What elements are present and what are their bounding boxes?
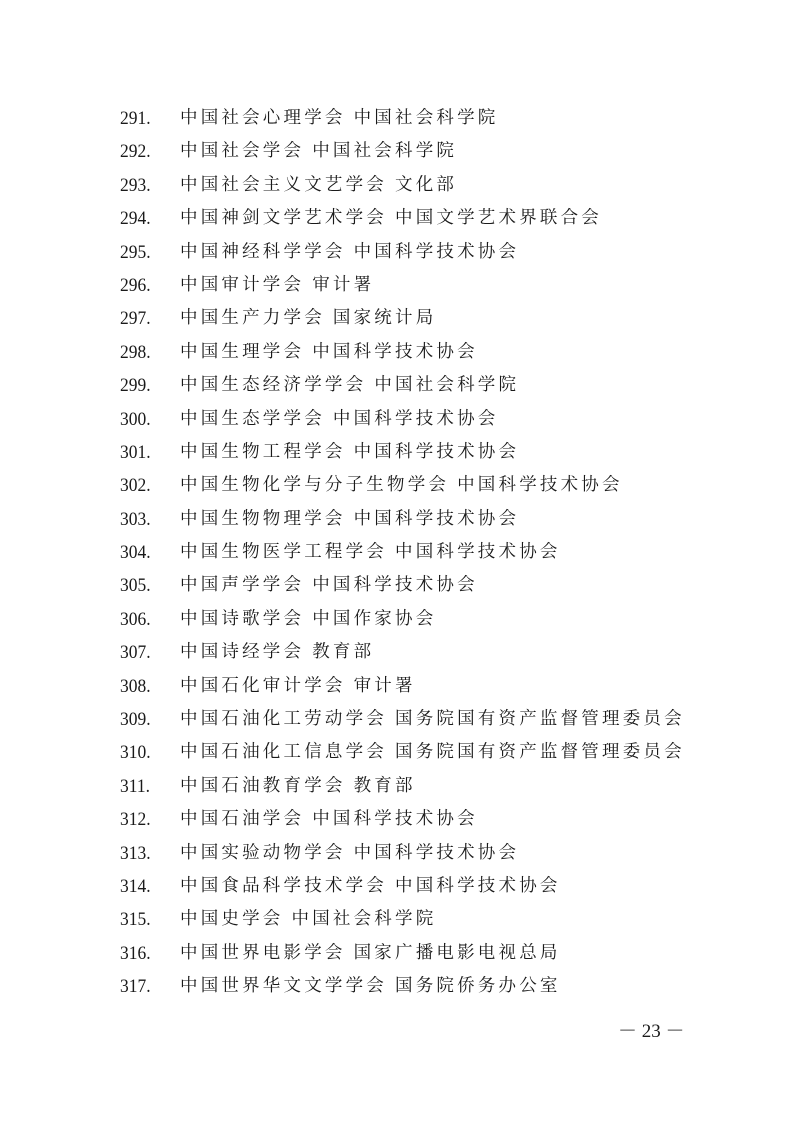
list-item: 302. 中国生物化学与分子生物学会 中国科学技术协会	[120, 469, 685, 502]
entry-number: 316.	[120, 937, 175, 970]
supervising-body: 教育部	[312, 636, 374, 669]
entry-number: 308.	[120, 670, 175, 703]
list-item: 294. 中国神剑文学艺术学会 中国文学艺术界联合会	[120, 202, 685, 235]
organization-name: 中国石油化工劳动学会	[180, 703, 387, 736]
list-item: 306. 中国诗歌学会 中国作家协会	[120, 603, 685, 636]
list-item: 312. 中国石油学会 中国科学技术协会	[120, 803, 685, 836]
supervising-body: 国家统计局	[333, 302, 437, 335]
organization-name: 中国社会主义文艺学会	[180, 169, 387, 202]
list-item: 314. 中国食品科学技术学会 中国科学技术协会	[120, 870, 685, 903]
supervising-body: 中国社会科学院	[354, 102, 499, 135]
organization-name: 中国生物物理学会	[180, 503, 346, 536]
supervising-body: 文化部	[395, 169, 457, 202]
list-item: 299. 中国生态经济学学会 中国社会科学院	[120, 369, 685, 402]
entry-number: 299.	[120, 369, 175, 402]
supervising-body: 中国科学技术协会	[354, 236, 520, 269]
entry-number: 298.	[120, 336, 175, 369]
entry-number: 317.	[120, 970, 175, 1003]
supervising-body: 中国科学技术协会	[395, 536, 561, 569]
page-number: － 23 －	[618, 1016, 685, 1043]
organization-name: 中国生产力学会	[180, 302, 325, 335]
list-item: 296. 中国审计学会 审计署	[120, 269, 685, 302]
entry-number: 297.	[120, 302, 175, 335]
supervising-body: 中国科学技术协会	[333, 403, 499, 436]
list-item: 297. 中国生产力学会 国家统计局	[120, 302, 685, 335]
supervising-body: 中国科学技术协会	[354, 436, 520, 469]
list-item: 301. 中国生物工程学会 中国科学技术协会	[120, 436, 685, 469]
entry-number: 295.	[120, 236, 175, 269]
organization-list: 291. 中国社会心理学会 中国社会科学院 292. 中国社会学会 中国社会科学…	[120, 102, 685, 1004]
entry-number: 306.	[120, 603, 175, 636]
organization-name: 中国石油化工信息学会	[180, 736, 387, 769]
document-page: 291. 中国社会心理学会 中国社会科学院 292. 中国社会学会 中国社会科学…	[0, 0, 793, 1122]
list-item: 291. 中国社会心理学会 中国社会科学院	[120, 102, 685, 135]
organization-name: 中国诗歌学会	[180, 603, 304, 636]
supervising-body: 审计署	[312, 269, 374, 302]
supervising-body: 中国科学技术协会	[354, 503, 520, 536]
list-item: 295. 中国神经科学学会 中国科学技术协会	[120, 236, 685, 269]
organization-name: 中国审计学会	[180, 269, 304, 302]
list-item: 300. 中国生态学学会 中国科学技术协会	[120, 403, 685, 436]
organization-name: 中国声学学会	[180, 569, 304, 602]
entry-number: 310.	[120, 736, 175, 769]
organization-name: 中国世界电影学会	[180, 937, 346, 970]
entry-number: 296.	[120, 269, 175, 302]
entry-number: 309.	[120, 703, 175, 736]
entry-number: 301.	[120, 436, 175, 469]
organization-name: 中国生态经济学学会	[180, 369, 366, 402]
entry-number: 307.	[120, 636, 175, 669]
supervising-body: 教育部	[354, 770, 416, 803]
organization-name: 中国生物医学工程学会	[180, 536, 387, 569]
list-item: 307. 中国诗经学会 教育部	[120, 636, 685, 669]
entry-number: 302.	[120, 469, 175, 502]
entry-number: 312.	[120, 803, 175, 836]
organization-name: 中国实验动物学会	[180, 837, 346, 870]
supervising-body: 中国社会科学院	[374, 369, 519, 402]
list-item: 292. 中国社会学会 中国社会科学院	[120, 135, 685, 168]
supervising-body: 中国作家协会	[312, 603, 436, 636]
organization-name: 中国生物工程学会	[180, 436, 346, 469]
entry-number: 304.	[120, 536, 175, 569]
organization-name: 中国生理学会	[180, 336, 304, 369]
supervising-body: 国务院国有资产监督管理委员会	[395, 703, 685, 736]
organization-name: 中国诗经学会	[180, 636, 304, 669]
list-item: 308. 中国石化审计学会 审计署	[120, 670, 685, 703]
list-item: 311. 中国石油教育学会 教育部	[120, 770, 685, 803]
entry-number: 292.	[120, 135, 175, 168]
supervising-body: 中国科学技术协会	[312, 803, 478, 836]
entry-number: 291.	[120, 102, 175, 135]
supervising-body: 中国科学技术协会	[354, 837, 520, 870]
supervising-body: 国家广播电影电视总局	[354, 937, 561, 970]
organization-name: 中国食品科学技术学会	[180, 870, 387, 903]
organization-name: 中国神经科学学会	[180, 236, 346, 269]
entry-number: 303.	[120, 503, 175, 536]
organization-name: 中国石油学会	[180, 803, 304, 836]
supervising-body: 审计署	[354, 670, 416, 703]
list-item: 313. 中国实验动物学会 中国科学技术协会	[120, 837, 685, 870]
organization-name: 中国世界华文文学学会	[180, 970, 387, 1003]
organization-name: 中国生态学学会	[180, 403, 325, 436]
supervising-body: 中国科学技术协会	[312, 569, 478, 602]
entry-number: 300.	[120, 403, 175, 436]
list-item: 309. 中国石油化工劳动学会 国务院国有资产监督管理委员会	[120, 703, 685, 736]
list-item: 310. 中国石油化工信息学会 国务院国有资产监督管理委员会	[120, 736, 685, 769]
supervising-body: 中国社会科学院	[292, 903, 437, 936]
list-item: 298. 中国生理学会 中国科学技术协会	[120, 336, 685, 369]
organization-name: 中国史学会	[180, 903, 284, 936]
entry-number: 311.	[120, 770, 175, 803]
entry-number: 314.	[120, 870, 175, 903]
list-item: 305. 中国声学学会 中国科学技术协会	[120, 569, 685, 602]
supervising-body: 国务院侨务办公室	[395, 970, 561, 1003]
list-item: 303. 中国生物物理学会 中国科学技术协会	[120, 503, 685, 536]
list-item: 316. 中国世界电影学会 国家广播电影电视总局	[120, 937, 685, 970]
organization-name: 中国社会心理学会	[180, 102, 346, 135]
entry-number: 313.	[120, 837, 175, 870]
entry-number: 315.	[120, 903, 175, 936]
organization-name: 中国神剑文学艺术学会	[180, 202, 387, 235]
supervising-body: 国务院国有资产监督管理委员会	[395, 736, 685, 769]
entry-number: 305.	[120, 569, 175, 602]
supervising-body: 中国文学艺术界联合会	[395, 202, 602, 235]
list-item: 315. 中国史学会 中国社会科学院	[120, 903, 685, 936]
entry-number: 294.	[120, 202, 175, 235]
list-item: 317. 中国世界华文文学学会 国务院侨务办公室	[120, 970, 685, 1003]
supervising-body: 中国科学技术协会	[312, 336, 478, 369]
supervising-body: 中国社会科学院	[312, 135, 457, 168]
entry-number: 293.	[120, 169, 175, 202]
supervising-body: 中国科学技术协会	[457, 469, 623, 502]
organization-name: 中国石油教育学会	[180, 770, 346, 803]
organization-name: 中国社会学会	[180, 135, 304, 168]
organization-name: 中国石化审计学会	[180, 670, 346, 703]
list-item: 304. 中国生物医学工程学会 中国科学技术协会	[120, 536, 685, 569]
supervising-body: 中国科学技术协会	[395, 870, 561, 903]
organization-name: 中国生物化学与分子生物学会	[180, 469, 449, 502]
list-item: 293. 中国社会主义文艺学会 文化部	[120, 169, 685, 202]
